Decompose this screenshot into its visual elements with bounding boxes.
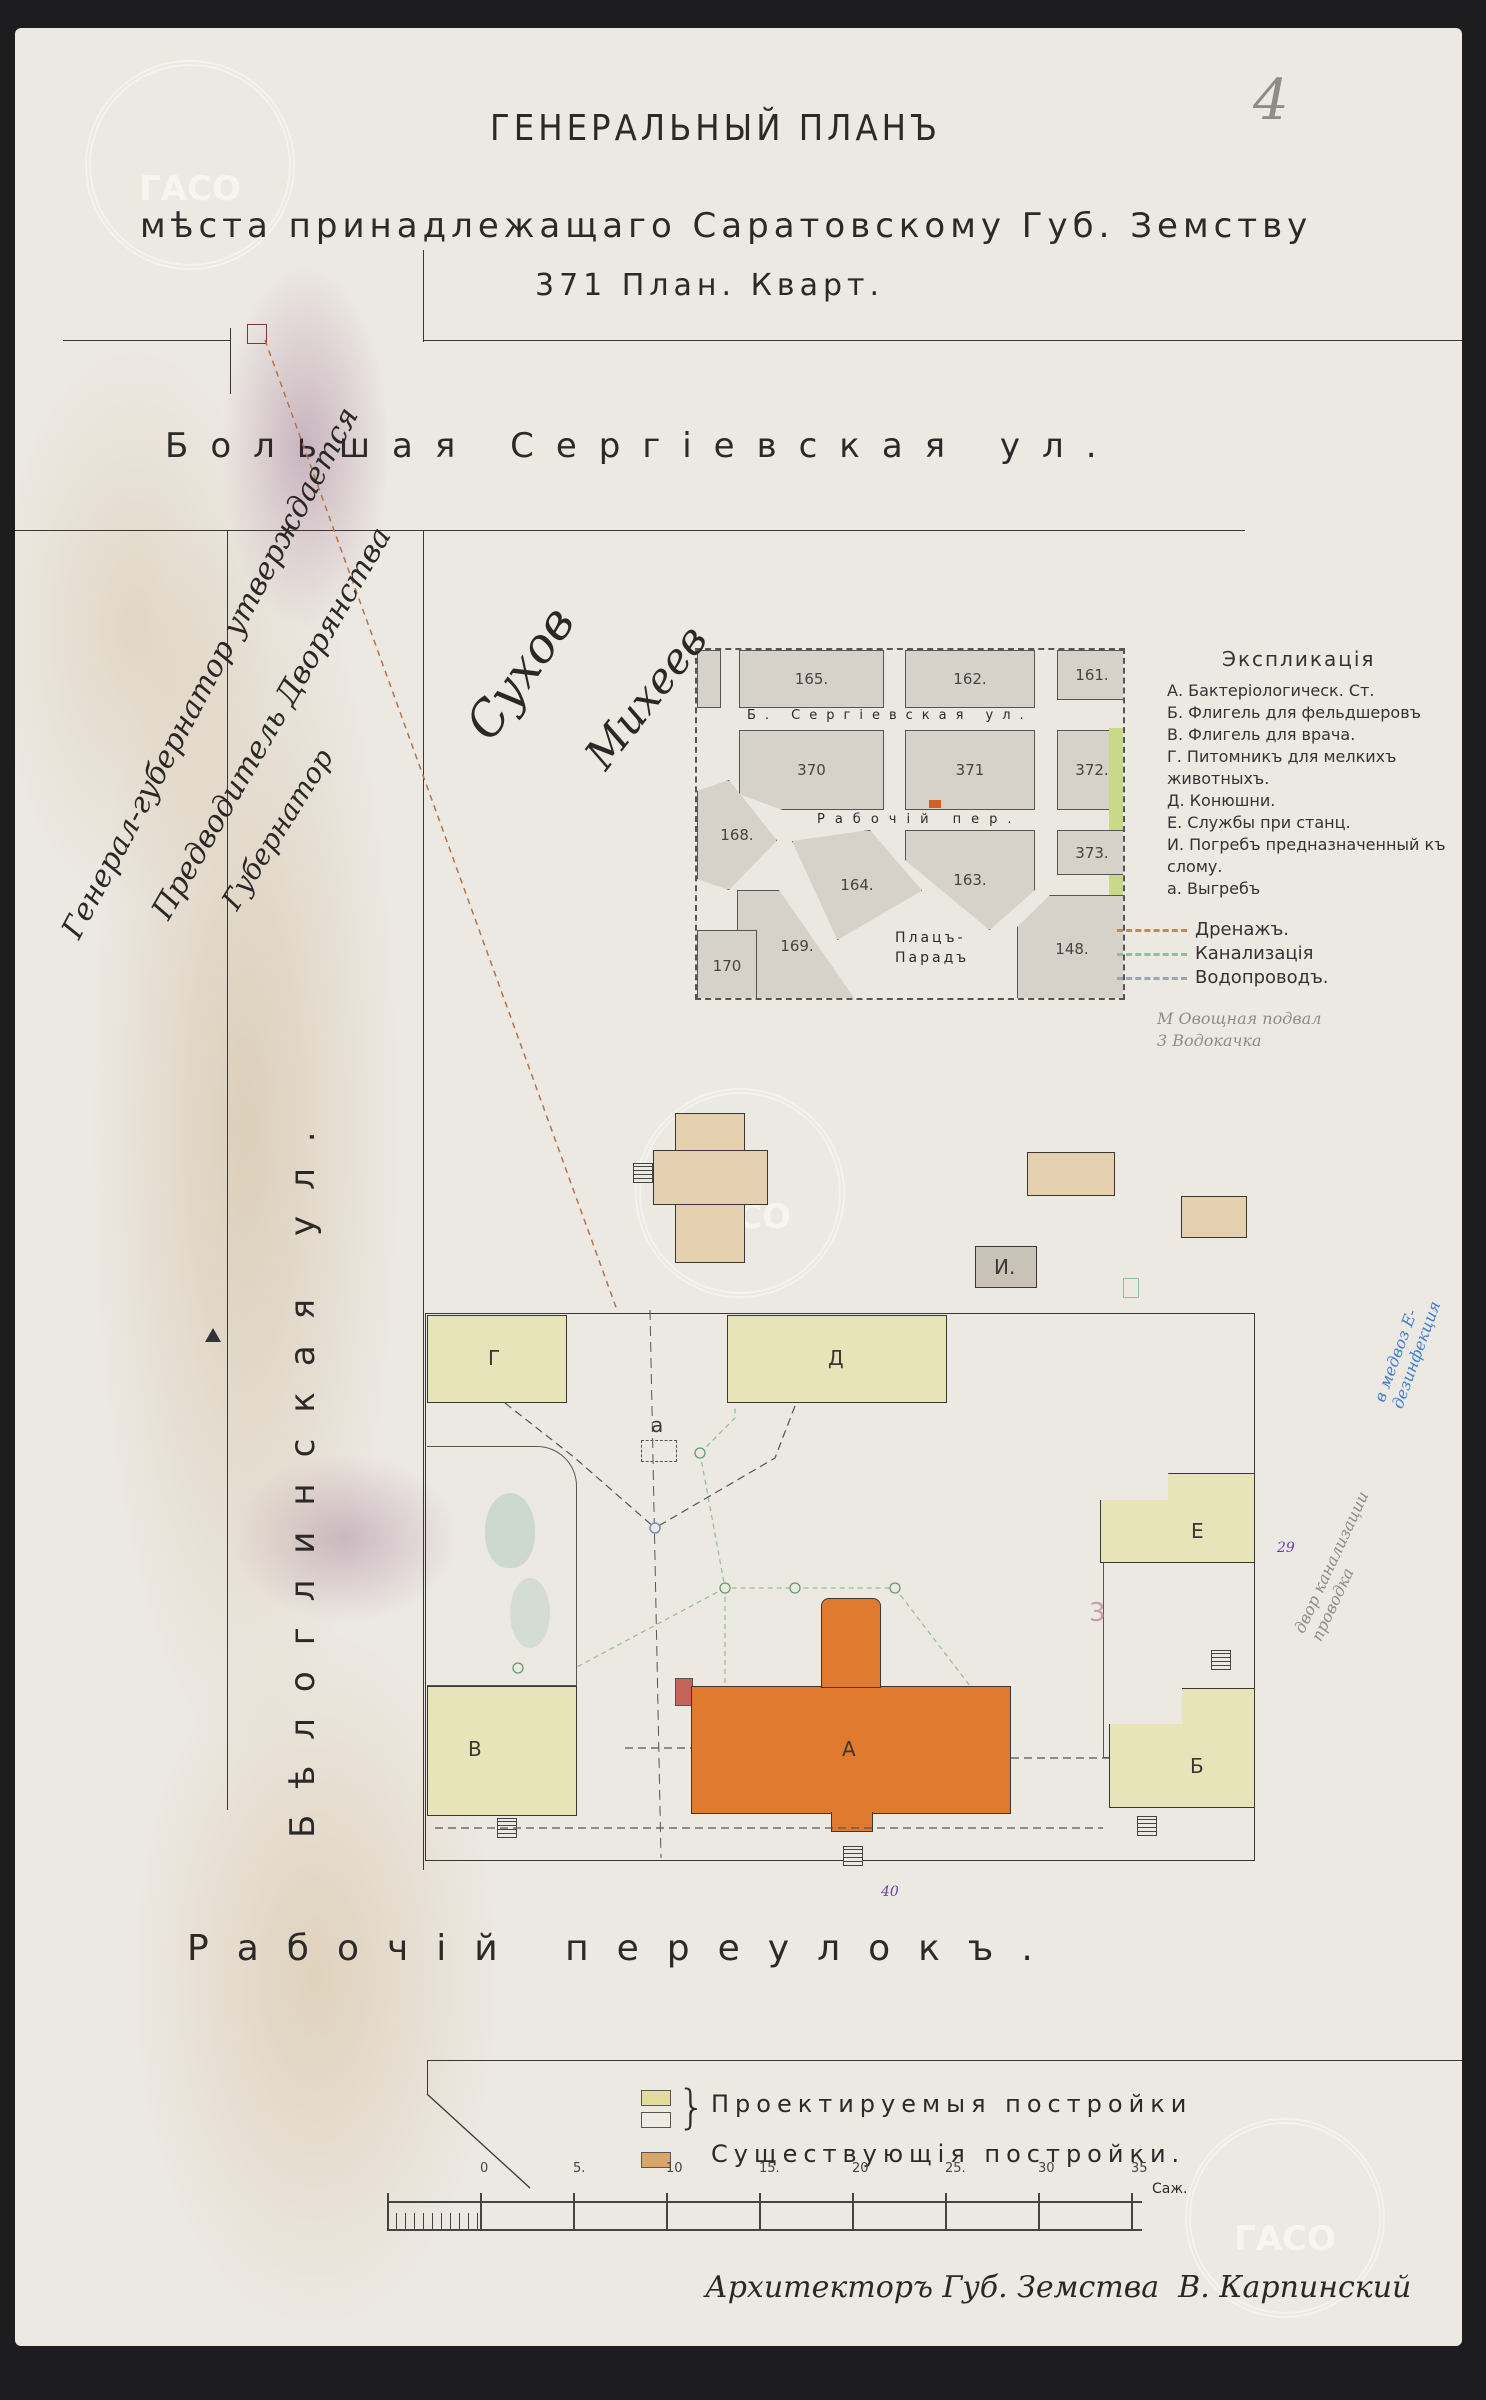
legend-projected-label: Проектируемыя постройки bbox=[711, 2090, 1192, 2118]
brace-icon: } bbox=[677, 2080, 706, 2134]
scale-subdivisions bbox=[387, 2213, 480, 2229]
swatch-projected-1 bbox=[641, 2090, 671, 2106]
architect-signature: Архитекторъ Губ. Земства В. Карпинский bbox=[705, 2270, 1411, 2305]
pencil-number: 29 bbox=[1277, 1540, 1295, 1556]
swatch-projected-2 bbox=[641, 2112, 671, 2128]
scale-bar: 0 5. 10 15. 20 25. 30 35 Саж. bbox=[387, 2201, 1142, 2231]
plan-sheet: ГАСО ГАСО ГАСО 4 ГЕНЕРАЛЬНЫЙ ПЛАНЪ мѣста… bbox=[15, 28, 1462, 2346]
scale-unit: Саж. bbox=[1152, 2181, 1187, 2197]
lot-diagonal bbox=[15, 28, 1462, 2346]
